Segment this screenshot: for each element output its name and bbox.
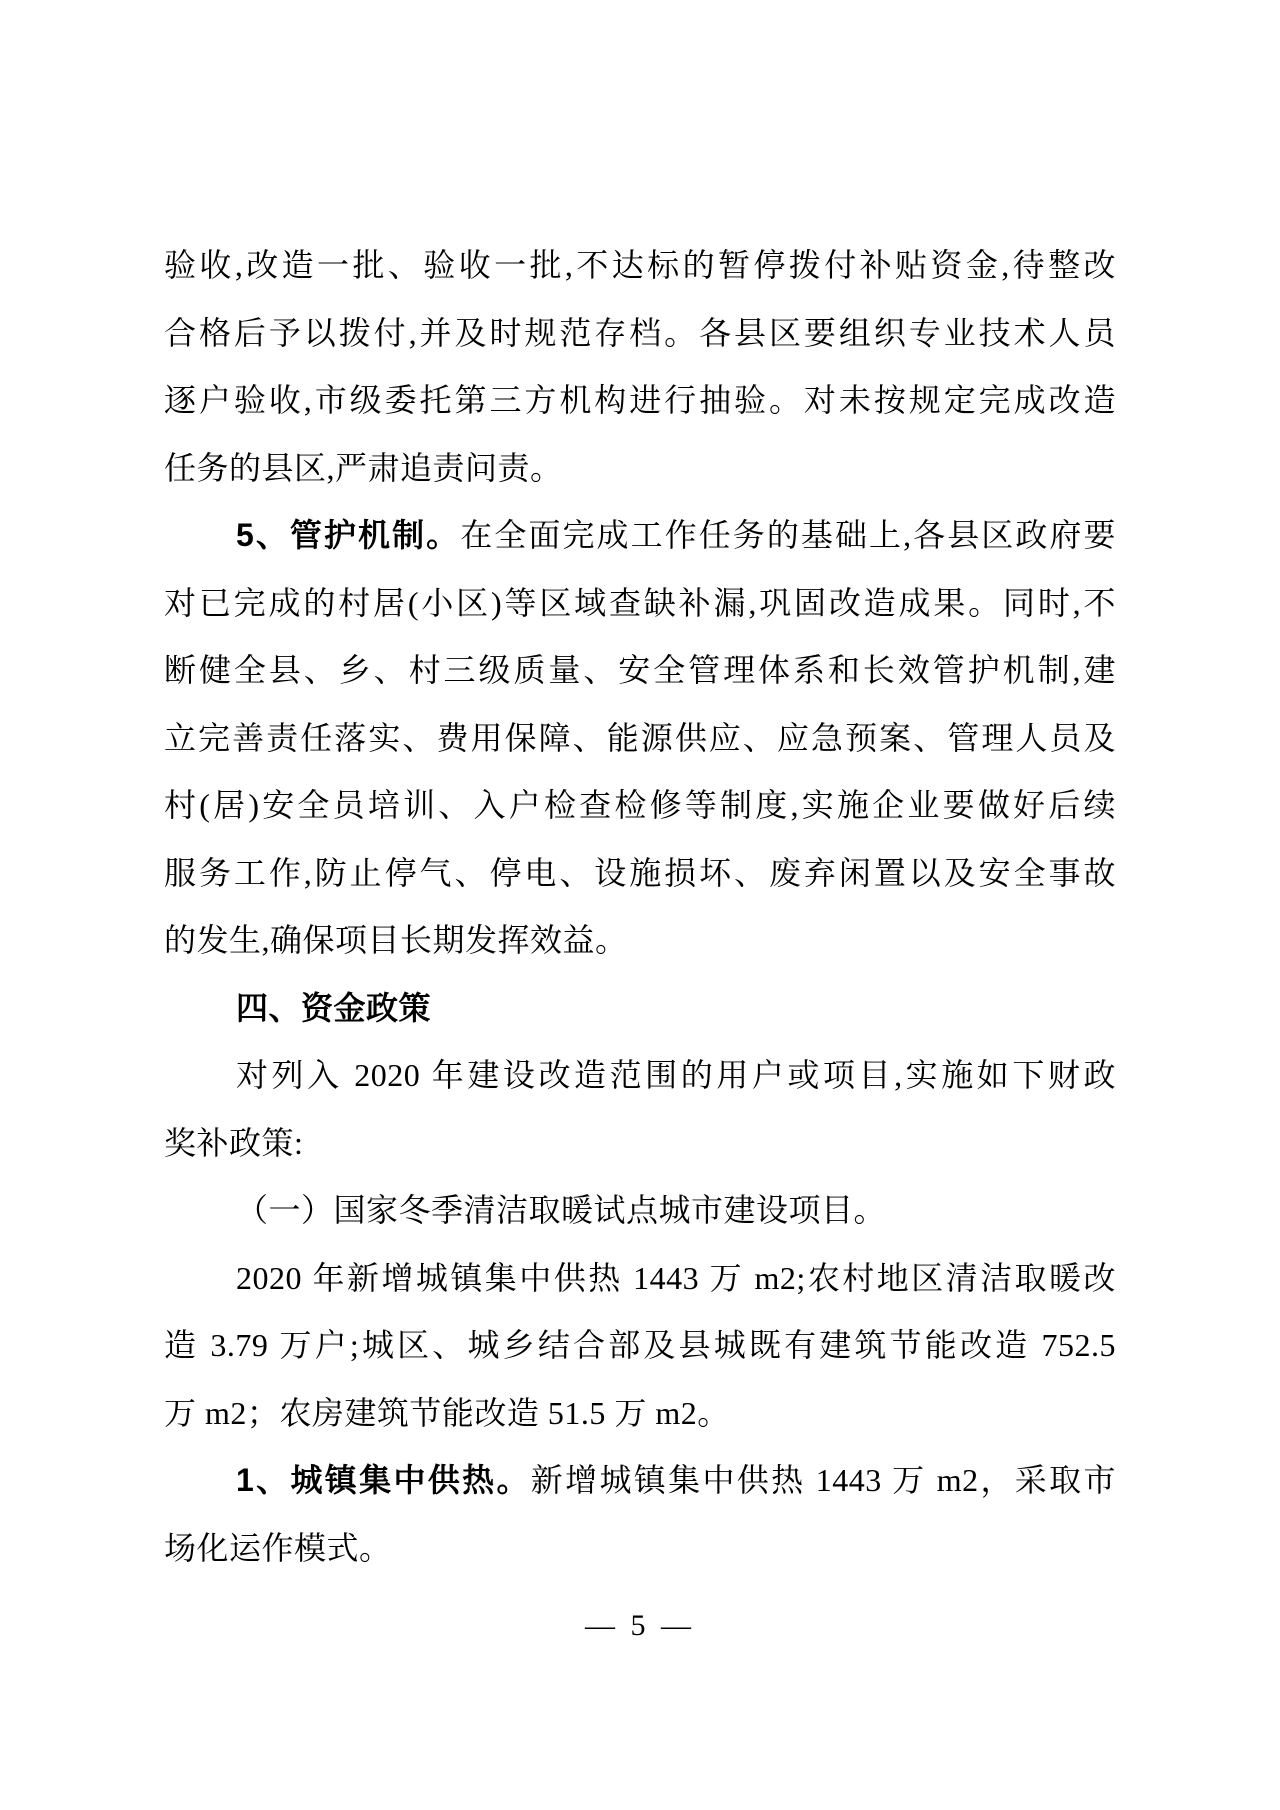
para-acceptance-line-4: 任务的县区,严肃追责问责。 bbox=[164, 435, 1116, 503]
para-item5-line-4: 立完善责任落实、费用保障、能源供应、应急预案、管理人员及 bbox=[164, 705, 1116, 773]
item5-bold-lead: 5、管护机制。 bbox=[236, 517, 460, 553]
item1-lead-rest: 新增城镇集中供热 1443 万 m2，采取市 bbox=[531, 1462, 1116, 1498]
item1-bold-lead: 1、城镇集中供热。 bbox=[236, 1462, 531, 1498]
para-item5-line-3: 断健全县、乡、村三级质量、安全管理体系和长效管护机制,建 bbox=[164, 637, 1116, 705]
para-item-one-title: （一）国家冬季清洁取暖试点城市建设项目。 bbox=[164, 1177, 1116, 1245]
document-body: 验收,改造一批、验收一批,不达标的暂停拨付补贴资金,待整改 合格后予以拨付,并及… bbox=[164, 232, 1116, 1582]
para-item5-lead-line: 5、管护机制。在全面完成工作任务的基础上,各县区政府要 bbox=[164, 502, 1116, 570]
section4-heading: 四、资金政策 bbox=[164, 975, 1116, 1043]
page-number: — 5 — bbox=[0, 1606, 1280, 1646]
para-funding-intro-line-1: 对列入 2020 年建设改造范围的用户或项目,实施如下财政 bbox=[164, 1042, 1116, 1110]
para-targets-line-1: 2020 年新增城镇集中供热 1443 万 m2;农村地区清洁取暖改 bbox=[164, 1245, 1116, 1313]
para-acceptance-line-3: 逐户验收,市级委托第三方机构进行抽验。对未按规定完成改造 bbox=[164, 367, 1116, 435]
para-item1-lead-line: 1、城镇集中供热。新增城镇集中供热 1443 万 m2，采取市 bbox=[164, 1447, 1116, 1515]
para-acceptance-line-2: 合格后予以拨付,并及时规范存档。各县区要组织专业技术人员 bbox=[164, 300, 1116, 368]
para-funding-intro-line-2: 奖补政策: bbox=[164, 1110, 1116, 1178]
document-page: 验收,改造一批、验收一批,不达标的暂停拨付补贴资金,待整改 合格后予以拨付,并及… bbox=[0, 0, 1280, 1810]
para-item5-line-2: 对已完成的村居(小区)等区域查缺补漏,巩固改造成果。同时,不 bbox=[164, 570, 1116, 638]
para-acceptance-line-1: 验收,改造一批、验收一批,不达标的暂停拨付补贴资金,待整改 bbox=[164, 232, 1116, 300]
para-item1-line-2: 场化运作模式。 bbox=[164, 1515, 1116, 1583]
para-item5-line-5: 村(居)安全员培训、入户检查检修等制度,实施企业要做好后续 bbox=[164, 772, 1116, 840]
item5-lead-rest: 在全面完成工作任务的基础上,各县区政府要 bbox=[460, 517, 1116, 553]
para-targets-line-3: 万 m2；农房建筑节能改造 51.5 万 m2。 bbox=[164, 1380, 1116, 1448]
para-targets-line-2: 造 3.79 万户;城区、城乡结合部及县城既有建筑节能改造 752.5 bbox=[164, 1312, 1116, 1380]
para-item5-line-7: 的发生,确保项目长期发挥效益。 bbox=[164, 907, 1116, 975]
para-item5-line-6: 服务工作,防止停气、停电、设施损坏、废弃闲置以及安全事故 bbox=[164, 840, 1116, 908]
